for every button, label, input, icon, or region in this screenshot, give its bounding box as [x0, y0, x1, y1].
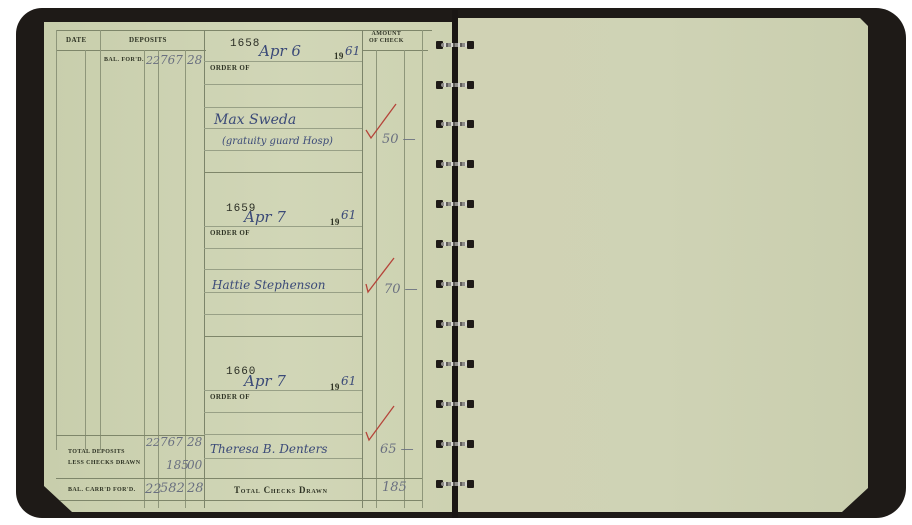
rule [204, 434, 362, 435]
check-amount: 70 — [384, 282, 418, 297]
ring-icon [436, 360, 474, 368]
header-amount: AMOUNT OF CHECK [369, 31, 404, 45]
order-of-label: ORDER OF [210, 229, 250, 237]
rule-footer-bottom [56, 500, 422, 501]
check-number: 1658 [230, 38, 260, 50]
rule-order-of [204, 61, 362, 62]
col-line [185, 50, 186, 508]
rule [204, 84, 362, 85]
ring-icon [436, 160, 474, 168]
check-year: 61 [345, 44, 360, 58]
less-checks-dollars: 185 [166, 458, 189, 472]
order-of-label: ORDER OF [210, 64, 250, 72]
rule [204, 150, 362, 151]
ring-icon [436, 81, 474, 89]
check-payee: Max Sweda [214, 112, 296, 128]
check-payee: Theresa B. Denters [210, 442, 328, 456]
year-prefix: 19 [330, 217, 340, 227]
rule [204, 248, 362, 249]
rule [204, 292, 362, 293]
check-year: 61 [341, 208, 356, 222]
col-line [144, 50, 145, 508]
less-checks-label: LESS CHECKS DRAWN [68, 460, 140, 466]
rule-header [56, 50, 206, 51]
header-amount-line1: AMOUNT [369, 31, 404, 38]
total-checks-label: Total Checks Drawn [234, 485, 328, 495]
check-payee: Hattie Stephenson [212, 278, 326, 292]
rule-check-divider [204, 336, 362, 337]
rule-check-divider [204, 172, 362, 173]
total-deposits-cents: 28 [187, 435, 202, 449]
check-memo: (gratuity guard Hosp) [222, 136, 333, 147]
total-deposits-thousands: 22 [146, 436, 160, 449]
blank-page [458, 18, 868, 512]
bal-forward-thousands: 22 [146, 54, 160, 67]
rule [204, 269, 362, 270]
col-line [362, 30, 363, 508]
header-amount-line2: OF CHECK [369, 38, 404, 45]
check-amount: 65 — [380, 442, 414, 457]
ring-icon [436, 320, 474, 328]
check-date: Apr 6 [259, 42, 301, 60]
ring-icon [436, 480, 474, 488]
check-year: 61 [341, 374, 356, 388]
ring-icon [436, 240, 474, 248]
ring-icon [436, 41, 474, 49]
col-line [100, 30, 101, 450]
rule [204, 412, 362, 413]
check-amount: 50 — [382, 132, 416, 147]
header-date: DATE [66, 36, 87, 44]
rule [204, 314, 362, 315]
col-line [56, 30, 57, 450]
rule [204, 128, 362, 129]
col-line [85, 50, 86, 450]
ring-icon [436, 400, 474, 408]
ring-icon [436, 280, 474, 288]
col-line [422, 30, 423, 508]
year-prefix: 19 [334, 51, 344, 61]
order-of-label: ORDER OF [210, 393, 250, 401]
bal-forward-dollars: 767 [160, 53, 183, 67]
bal-forward-cents: 28 [187, 53, 202, 67]
bal-forward-label: BAL. FOR'D. [104, 57, 144, 63]
rule [204, 107, 362, 108]
rule-footer-mid [56, 478, 422, 479]
ring-icon [436, 440, 474, 448]
total-deposits-label: TOTAL DEPOSITS [68, 449, 125, 455]
check-date: Apr 7 [244, 208, 286, 226]
col-line [404, 50, 405, 508]
total-checks-drawn: 185 [382, 480, 407, 495]
register-page: DATE DEPOSITS AMOUNT OF CHECK BAL. FOR'D… [44, 22, 452, 512]
ring-icon [436, 120, 474, 128]
rule [204, 458, 362, 459]
cleared-check-icon [364, 404, 398, 442]
less-checks-cents: 00 [187, 458, 202, 472]
bal-carried-label: BAL. CARR'D FOR'D. [68, 487, 136, 493]
total-deposits-dollars: 767 [160, 435, 183, 449]
header-deposits: DEPOSITS [129, 36, 167, 44]
rule-header-amount [362, 50, 428, 51]
bal-carried-dollars: 582 [160, 481, 185, 496]
check-date: Apr 7 [244, 372, 286, 390]
ring-icon [436, 200, 474, 208]
bal-carried-cents: 28 [187, 481, 204, 496]
year-prefix: 19 [330, 382, 340, 392]
